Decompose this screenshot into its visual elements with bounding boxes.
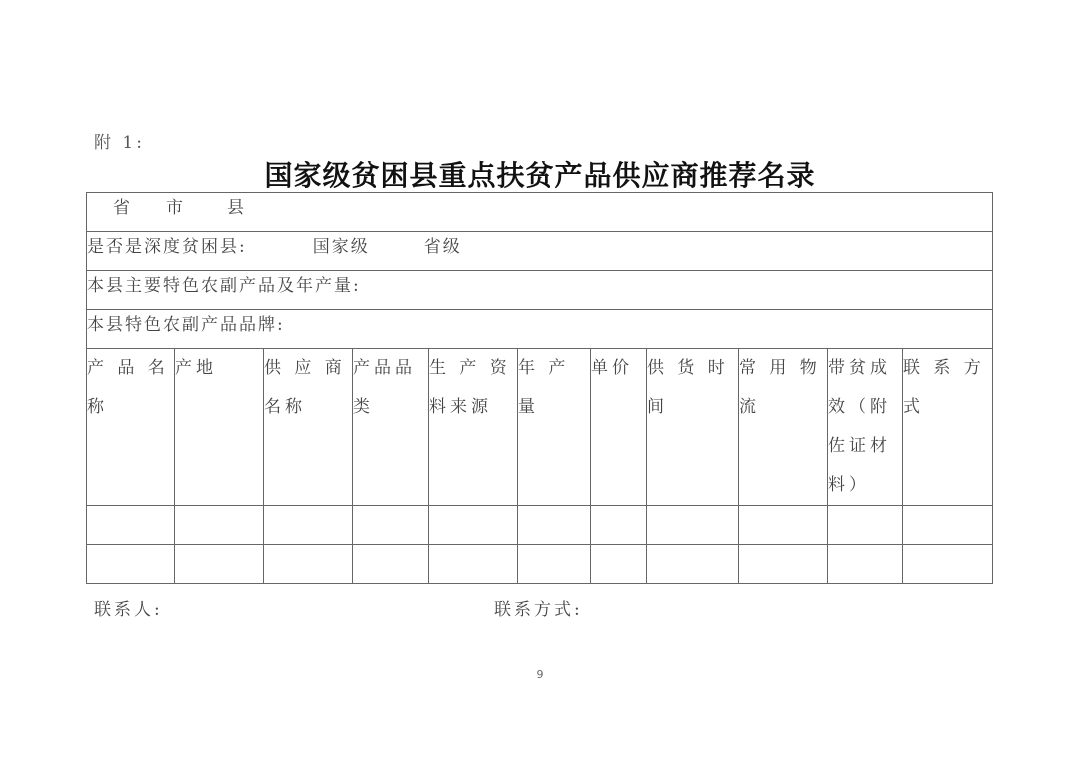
contact-method-label: 联系方式: <box>494 595 583 620</box>
annex-label: 附 1: <box>94 128 145 153</box>
brands-row: 本县特色农副产品品牌: <box>87 310 993 349</box>
supplier-form-table: 省市县 是否是深度贫困县:国家级省级 本县主要特色农副产品及年产量: 本县特色农… <box>86 192 993 584</box>
cell-input[interactable] <box>518 545 591 584</box>
header-logistics: 常 用 物流 <box>739 349 828 506</box>
cell-input[interactable] <box>429 506 518 545</box>
cell-input[interactable] <box>903 506 993 545</box>
cell-input[interactable] <box>591 545 647 584</box>
header-supplier-name: 供 应 商名称 <box>264 349 353 506</box>
cell-input[interactable] <box>175 506 264 545</box>
city-label: 市 <box>166 193 185 218</box>
contact-person-label: 联系人: <box>94 595 163 620</box>
cell-input[interactable] <box>353 545 429 584</box>
table-row <box>87 545 993 584</box>
option-national[interactable]: 国家级 <box>313 237 370 257</box>
region-field[interactable]: 省市县 <box>87 193 993 232</box>
table-row <box>87 506 993 545</box>
page-number: 9 <box>0 668 1080 681</box>
cell-input[interactable] <box>87 506 175 545</box>
header-annual-output: 年 产量 <box>518 349 591 506</box>
cell-input[interactable] <box>87 545 175 584</box>
header-product-name: 产 品 名称 <box>87 349 175 506</box>
header-poverty-impact: 带贫成效（附佐证材料） <box>828 349 903 506</box>
header-contact: 联 系 方式 <box>903 349 993 506</box>
header-unit-price: 单价 <box>591 349 647 506</box>
cell-input[interactable] <box>828 545 903 584</box>
brands-field[interactable]: 本县特色农副产品品牌: <box>87 310 993 349</box>
column-header-row: 产 品 名称 产地 供 应 商名称 产品品类 生 产 资料来源 年 产量 单价 … <box>87 349 993 506</box>
cell-input[interactable] <box>353 506 429 545</box>
poverty-county-field[interactable]: 是否是深度贫困县:国家级省级 <box>87 232 993 271</box>
poverty-county-row: 是否是深度贫困县:国家级省级 <box>87 232 993 271</box>
main-products-row: 本县主要特色农副产品及年产量: <box>87 271 993 310</box>
cell-input[interactable] <box>903 545 993 584</box>
main-products-field[interactable]: 本县主要特色农副产品及年产量: <box>87 271 993 310</box>
header-origin: 产地 <box>175 349 264 506</box>
cell-input[interactable] <box>175 545 264 584</box>
header-product-category: 产品品类 <box>353 349 429 506</box>
document-title: 国家级贫困县重点扶贫产品供应商推荐名录 <box>0 154 1080 194</box>
cell-input[interactable] <box>828 506 903 545</box>
cell-input[interactable] <box>264 506 353 545</box>
main-products-label: 本县主要特色农副产品及年产量: <box>87 276 361 296</box>
poverty-county-label: 是否是深度贫困县: <box>87 237 247 257</box>
cell-input[interactable] <box>429 545 518 584</box>
brands-label: 本县特色农副产品品牌: <box>87 315 285 335</box>
province-label: 省 <box>113 193 132 218</box>
option-provincial[interactable]: 省级 <box>424 237 462 257</box>
cell-input[interactable] <box>264 545 353 584</box>
header-material-source: 生 产 资料来源 <box>429 349 518 506</box>
cell-input[interactable] <box>739 506 828 545</box>
cell-input[interactable] <box>647 506 739 545</box>
region-row: 省市县 <box>87 193 993 232</box>
cell-input[interactable] <box>591 506 647 545</box>
cell-input[interactable] <box>518 506 591 545</box>
header-supply-time: 供 货 时间 <box>647 349 739 506</box>
cell-input[interactable] <box>647 545 739 584</box>
cell-input[interactable] <box>739 545 828 584</box>
county-label: 县 <box>227 193 246 218</box>
